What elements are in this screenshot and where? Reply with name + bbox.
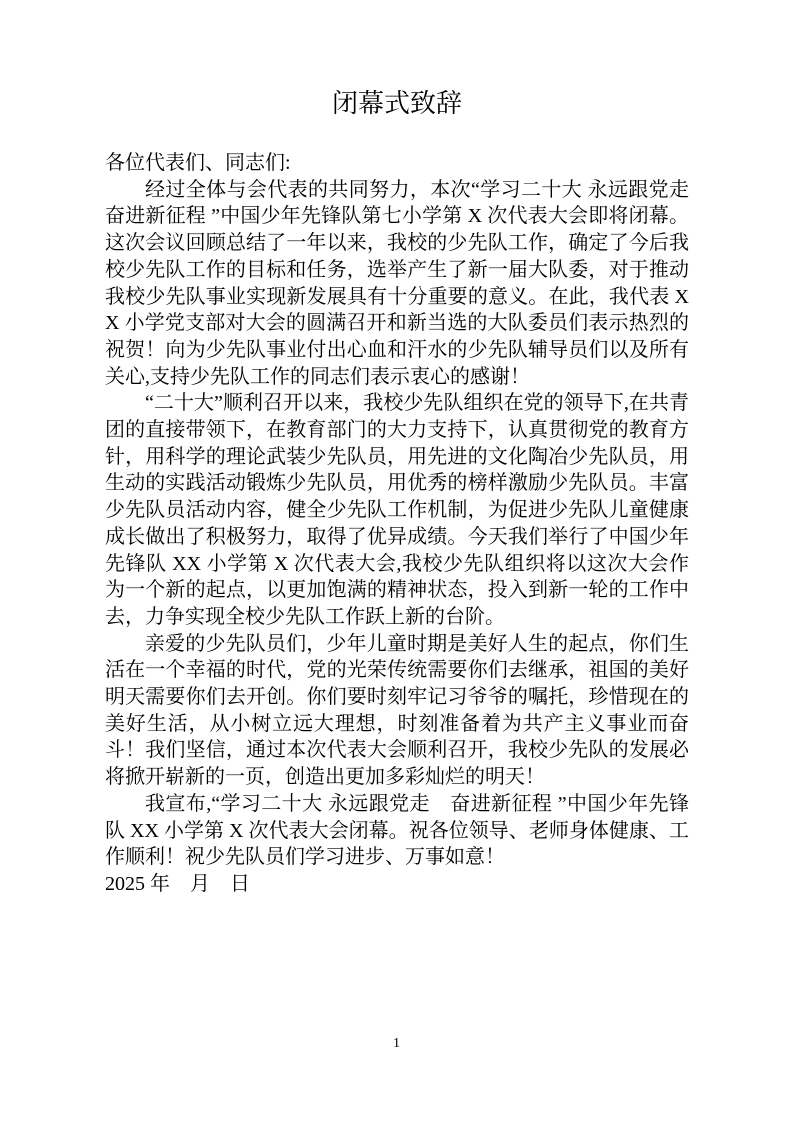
- document-body: 各位代表们、同志们: 经过全体与会代表的共同努力，本次“学习二十大 永远跟党走 …: [105, 150, 689, 898]
- greeting-line: 各位代表们、同志们:: [105, 150, 689, 177]
- paragraph-3: 亲爱的少先队员们，少年儿童时期是美好人生的起点，你们生活在一个幸福的时代，党的光…: [105, 631, 689, 791]
- document-page: 闭幕式致辞 各位代表们、同志们: 经过全体与会代表的共同努力，本次“学习二十大 …: [0, 0, 793, 1122]
- paragraph-4: 我宣布,“学习二十大 永远跟党走 奋进新征程 ”中国少年先锋队 XX 小学第 X…: [105, 791, 689, 871]
- date-line: 2025 年 月 日: [105, 871, 689, 898]
- document-title: 闭幕式致辞: [105, 90, 689, 118]
- paragraph-1: 经过全体与会代表的共同努力，本次“学习二十大 永远跟党走 奋进新征程 ”中国少年…: [105, 177, 689, 391]
- page-number: 1: [0, 1036, 793, 1052]
- paragraph-2: “二十大”顺利召开以来，我校少先队组织在党的领导下,在共青团的直接带领下，在教育…: [105, 390, 689, 630]
